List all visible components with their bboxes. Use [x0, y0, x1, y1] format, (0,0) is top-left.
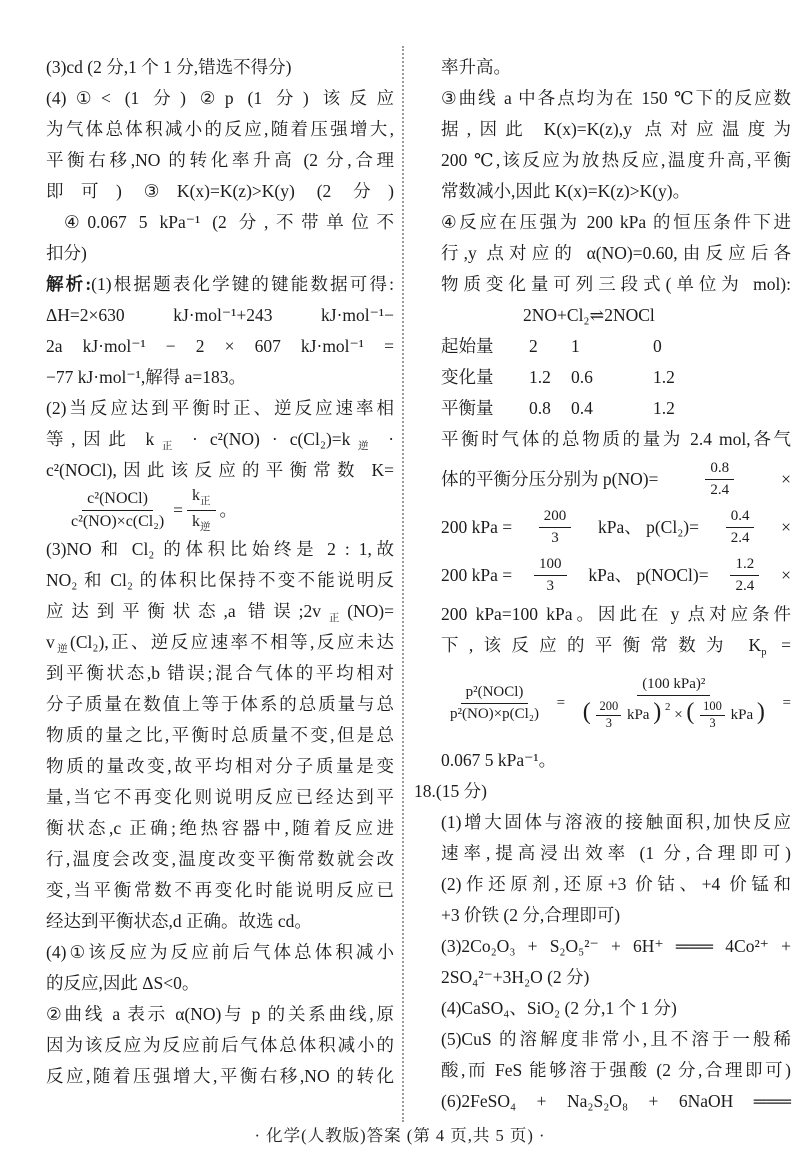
text-line: 下,该反应的平衡常数为 Kp = [441, 630, 791, 661]
text-line: (2)当反应达到平衡时正、逆反应速率相 [46, 393, 394, 424]
text-line: (4)CaSO₄、SiO₂ (2 分,1 个 1 分) [441, 993, 791, 1024]
text-line: 速率,提高浸出效率 (1 分,合理即可) [441, 838, 791, 869]
formula-text: kPa、 p(Cl₂)= [598, 512, 699, 543]
column-divider [402, 46, 404, 1122]
table-cell: 0 [653, 331, 662, 362]
left-column: (3)cd (2 分,1 个 1 分,错选不得分) (4)①< (1 分) ②p… [46, 52, 394, 1092]
formula-text: 200 kPa = [441, 512, 512, 543]
equals-sign: = [783, 688, 791, 719]
text-line: 物质的量之比,平衡时总质量不变,但是总 [46, 720, 394, 751]
formula-text: kPa、 p(NOCl)= [588, 560, 708, 591]
text-line: 平衡右移,NO 的转化率升高 (2 分,合理 [46, 145, 394, 176]
text-line: 等,因此 k正 · c²(NO) · c(Cl₂)=k逆 · [46, 424, 394, 455]
text-line: 2a kJ·mol⁻¹ − 2 × 607 kJ·mol⁻¹ = [46, 331, 394, 362]
chemical-equation: 2NO+Cl₂⇌2NOCl [441, 300, 791, 331]
unit-text: kPa [731, 707, 754, 723]
kp-formula-line: p²(NOCl) p²(NO)×p(Cl₂) = (100 kPa)² ( 20… [441, 661, 791, 745]
fraction: 100 3 [534, 555, 567, 596]
fraction-numerator: 200 [539, 507, 572, 528]
text-line: 即可) ③K(x)=K(z)>K(y) (2 分) [46, 176, 394, 207]
close-paren: ) [757, 699, 765, 725]
fraction-numerator: 100 [534, 555, 567, 576]
open-paren: ( [686, 699, 694, 725]
page-footer: · 化学(人教版)答案 (第 4 页,共 5 页) · [0, 1120, 800, 1152]
text-line: 物质变化量可列三段式(单位为 mol): [441, 269, 791, 300]
fraction-denominator: 3 [542, 576, 560, 596]
text-line: −77 kJ·mol⁻¹,解得 a=183。 [46, 362, 394, 393]
fraction-denominator: 2.4 [705, 480, 734, 500]
fraction: p²(NOCl) p²(NO)×p(Cl₂) [445, 683, 544, 724]
text-line: 酸,而 FeS 能够溶于强酸 (2 分,合理即可) [441, 1055, 791, 1086]
fraction: 200 3 [539, 507, 572, 548]
fraction-numerator: k正 [187, 486, 216, 510]
text-line: v逆(Cl₂),正、逆反应速率不相等,反应未达 [46, 627, 394, 658]
fraction-denominator: k逆 [187, 511, 216, 534]
fraction: k正 k逆 [187, 486, 216, 533]
close-paren: ) [653, 699, 661, 725]
text-line: 反应,随着压强增大,平衡右移,NO 的转化 [46, 1061, 394, 1092]
multiply-sign: × [781, 512, 791, 543]
open-paren: ( [583, 699, 591, 725]
text-line: 物质的量改变,故平均相对分子质量是变 [46, 751, 394, 782]
text-line: 行,温度会改变,温度改变平衡常数就会改 [46, 844, 394, 875]
text-line: (2)作还原剂,还原+3 价钴、+4 价锰和 [441, 869, 791, 900]
fraction-numerator: 200 [596, 699, 621, 716]
three-stage-table-row: 起始量 2 1 0 [441, 331, 791, 362]
fraction-denominator: 3 [546, 528, 564, 548]
question-18-label: 18.(15 分) [414, 776, 791, 807]
text-line: (5)CuS 的溶解度非常小,且不溶于一般稀 [441, 1024, 791, 1055]
text-line: 变,当平衡常数不再变化时能说明反应已 [46, 875, 394, 906]
fraction-numerator: 100 [700, 699, 725, 716]
text-line: ④反应在压强为 200 kPa 的恒压条件下进 [441, 207, 791, 238]
text-line: 行,y 点对应的 α(NO)=0.60,由反应后各 [441, 238, 791, 269]
fraction: (100 kPa)² ( 200 3 kPa ) 2 × ( 100 3 [578, 675, 770, 731]
equilibrium-constant-formula: c²(NOCl) c²(NO)×c(Cl₂) = k正 k逆 。 [46, 486, 394, 534]
text-line: (4)①该反应为反应前后气体总体积减小 [46, 937, 394, 968]
fraction-denominator: ( 200 3 kPa ) 2 × ( 100 3 kPa ) [578, 696, 770, 732]
formula-text: 200 kPa = [441, 560, 512, 591]
answer-sheet-page: (3)cd (2 分,1 个 1 分,错选不得分) (4)①< (1 分) ②p… [0, 0, 800, 1163]
fraction-numerator: c²(NOCl) [82, 489, 153, 511]
text-line: 0.067 5 kPa⁻¹。 [441, 745, 791, 776]
text-line: NO₂ 和 Cl₂ 的体积比保持不变不能说明反 [46, 565, 394, 596]
multiply-sign: × [781, 464, 791, 495]
text-line: 扣分) [46, 238, 394, 269]
table-cell: 1.2 [529, 362, 551, 393]
partial-pressure-line: 体的平衡分压分别为 p(NO)= 0.8 2.4 × [441, 455, 791, 503]
text-line: 200 kPa=100 kPa。因此在 y 点对应条件 [441, 599, 791, 630]
text-line: c²(NOCl),因此该反应的平衡常数 K= [46, 455, 394, 486]
table-cell: 0.6 [571, 362, 593, 393]
text-line: (3)NO 和 Cl₂ 的体积比始终是 2 : 1,故 [46, 534, 394, 565]
fraction-numerator: 0.8 [705, 459, 734, 480]
chemical-equation-line: 2SO₄²⁻+3H₂O (2 分) [441, 962, 791, 993]
text-line: ④0.067 5 kPa⁻¹ (2 分,不带单位不 [46, 207, 394, 238]
fraction: 100 3 [700, 699, 725, 731]
fraction-denominator: 2.4 [726, 528, 755, 548]
text-line: 量,当它不再变化则说明反应已经达到平 [46, 782, 394, 813]
text-line: (4)①< (1 分) ②p (1 分) 该反应 [46, 83, 394, 114]
text-line: 应达到平衡状态,a 错误;2v正(NO)= [46, 596, 394, 627]
fraction-denominator: 2.4 [730, 576, 759, 596]
fraction: 0.4 2.4 [726, 507, 755, 548]
unit-text: kPa [627, 707, 650, 723]
fraction: c²(NOCl) c²(NO)×c(Cl₂) [66, 489, 169, 532]
text-line: ΔH=2×630 kJ·mol⁻¹+243 kJ·mol⁻¹− [46, 300, 394, 331]
period-mark: 。 [220, 495, 238, 526]
partial-pressure-line: 200 kPa = 200 3 kPa、 p(Cl₂)= 0.4 2.4 × [441, 503, 791, 551]
fraction: 0.8 2.4 [705, 459, 734, 500]
table-cell: 0.8 [529, 393, 551, 424]
row-label: 平衡量 [441, 393, 494, 424]
text-line: 200 ℃,该反应为放热反应,温度升高,平衡 [441, 145, 791, 176]
multiply-sign: × [781, 560, 791, 591]
text-line: 解析:(1)根据题表化学键的键能数据可得: [46, 269, 394, 300]
three-stage-table-row: 平衡量 0.8 0.4 1.2 [441, 393, 791, 424]
table-cell: 1 [571, 331, 580, 362]
row-label: 变化量 [441, 362, 494, 393]
table-cell: 1.2 [653, 362, 675, 393]
text-line: 因为该反应为反应前后气体总体积减小的 [46, 1030, 394, 1061]
text-line: 的反应,因此 ΔS<0。 [46, 968, 394, 999]
fraction-numerator: (100 kPa)² [637, 675, 710, 696]
fraction-denominator: 3 [603, 716, 615, 732]
multiply-sign: × [674, 707, 682, 723]
fraction-denominator: 3 [706, 716, 718, 732]
fraction-denominator: c²(NO)×c(Cl₂) [66, 511, 169, 532]
fraction-numerator: 1.2 [730, 555, 759, 576]
text-line: (1)增大固体与溶液的接触面积,加快反应 [441, 807, 791, 838]
right-column: 率升高。 ③曲线 a 中各点均为在 150 ℃下的反应数 据,因此 K(x)=K… [441, 52, 791, 1117]
fraction-numerator: p²(NOCl) [461, 683, 529, 704]
fraction: 1.2 2.4 [730, 555, 759, 596]
table-cell: 0.4 [571, 393, 593, 424]
formula-text: 体的平衡分压分别为 p(NO)= [441, 464, 658, 495]
chemical-equation-line: (3)2Co₂O₃ + S₂O₅²⁻ + 6H⁺ ═══ 4Co²⁺ + [441, 931, 791, 962]
text-line: 分子质量在数值上等于体系的总质量与总 [46, 689, 394, 720]
fraction: 200 3 [596, 699, 621, 731]
text-line: 衡状态,c 正确;绝热容器中,随着反应进 [46, 813, 394, 844]
text-line: 常数减小,因此 K(x)=K(z)>K(y)。 [441, 176, 791, 207]
row-label: 起始量 [441, 331, 494, 362]
partial-pressure-line: 200 kPa = 100 3 kPa、 p(NOCl)= 1.2 2.4 × [441, 551, 791, 599]
text-line: 平衡时气体的总物质的量为 2.4 mol,各气 [441, 424, 791, 455]
table-cell: 1.2 [653, 393, 675, 424]
text-line: 率升高。 [441, 52, 791, 83]
chemical-equation-line: (6)2FeSO₄ + Na₂S₂O₈ + 6NaOH ═══ [441, 1086, 791, 1117]
text-line: ②曲线 a 表示 α(NO)与 p 的关系曲线,原 [46, 999, 394, 1030]
text-line: 到平衡状态,b 错误;混合气体的平均相对 [46, 658, 394, 689]
text-line: 据,因此 K(x)=K(z),y 点对应温度为 [441, 114, 791, 145]
fraction-numerator: 0.4 [726, 507, 755, 528]
text-line: (3)cd (2 分,1 个 1 分,错选不得分) [46, 52, 394, 83]
table-cell: 2 [529, 331, 538, 362]
text-line: ③曲线 a 中各点均为在 150 ℃下的反应数 [441, 83, 791, 114]
text-line: +3 价铁 (2 分,合理即可) [441, 900, 791, 931]
fraction-denominator: p²(NO)×p(Cl₂) [445, 704, 544, 724]
exponent: 2 [665, 701, 671, 713]
text-line: 经达到平衡状态,d 正确。故选 cd。 [46, 906, 394, 937]
equals-sign: = [173, 495, 183, 526]
text-line: 为气体总体积减小的反应,随着压强增大, [46, 114, 394, 145]
three-stage-table-row: 变化量 1.2 0.6 1.2 [441, 362, 791, 393]
equals-sign: = [557, 688, 565, 719]
